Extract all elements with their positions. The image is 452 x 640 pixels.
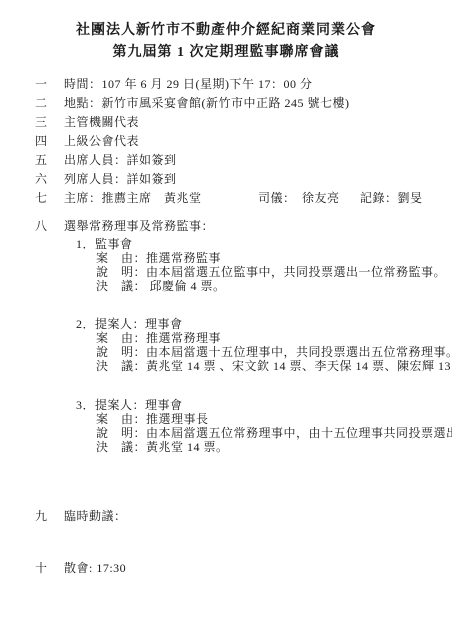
subject-text: 推選常務理事 xyxy=(146,331,221,345)
agenda-item-attendees: 五 出席人員：詳如簽到 xyxy=(0,152,452,168)
agenda-item-location: 二 地點：新竹市風采宴會館(新竹市中正路 245 號七樓) xyxy=(0,95,452,111)
case-title: 1．監事會 xyxy=(76,237,452,251)
item-number: 一 xyxy=(35,76,64,92)
chair-name: 主席：推薦主席 黃兆堂 xyxy=(64,190,258,206)
resolution-text: 邱慶倫 4 票。 xyxy=(146,279,226,293)
document-page: 社團法人新竹市不動產仲介經紀商業同業公會 第九屆第 1 次定期理監事聯席會議 一… xyxy=(0,0,452,640)
case-proposer: 提案人：理事會 xyxy=(95,398,183,412)
subject-text: 推選理事長 xyxy=(146,412,209,426)
resolution-text: 黃兆堂 14 票。 xyxy=(146,440,229,454)
item-number: 八 xyxy=(35,218,64,234)
case-subject-row: 案 由：推選理事長 xyxy=(96,412,452,426)
item-text: 選舉常務理事及常務監事： xyxy=(64,218,452,234)
item-text: 時間：107 年 6 月 29 日(星期)下午 17：00 分 xyxy=(64,76,452,92)
case-number: 1． xyxy=(76,237,95,251)
description-label: 說 明： xyxy=(96,345,146,359)
recorder-name: 記錄：劉旻 xyxy=(360,190,452,206)
subject-text: 推選常務監事 xyxy=(146,251,221,265)
case-title: 2．提案人：理事會 xyxy=(76,317,452,331)
item-number: 四 xyxy=(35,133,64,149)
description-label: 說 明： xyxy=(96,426,146,440)
doc-subtitle: 第九屆第 1 次定期理監事聯席會議 xyxy=(0,44,452,61)
resolution-text: 黃兆堂 14 票 、宋文欽 14 票、李天保 14 票、陳宏輝 13 票、徐永龍… xyxy=(146,359,452,373)
case-title: 3．提案人：理事會 xyxy=(76,398,452,412)
agenda-item-extempore-motions: 九 臨時動議： xyxy=(0,508,452,524)
agenda-item-election-heading: 八 選舉常務理事及常務監事： xyxy=(0,218,452,234)
item-number: 五 xyxy=(35,152,64,168)
item-number: 九 xyxy=(35,508,64,524)
item-text: 出席人員：詳如簽到 xyxy=(64,152,452,168)
item-number: 六 xyxy=(35,171,64,187)
case-subject-row: 案 由：推選常務理事 xyxy=(96,331,452,345)
agenda-item-observers: 六 列席人員：詳如簽到 xyxy=(0,171,452,187)
case-number: 3． xyxy=(76,398,95,412)
item-text: 主管機關代表 xyxy=(64,114,452,130)
resolution-label: 決 議： xyxy=(96,359,146,373)
case-resolution-row: 決 議：黃兆堂 14 票。 xyxy=(96,440,452,454)
case-proposer: 提案人：理事會 xyxy=(95,317,183,331)
item-number: 十 xyxy=(35,560,64,576)
agenda-item-time: 一 時間：107 年 6 月 29 日(星期)下午 17：00 分 xyxy=(0,76,452,92)
case-subject-row: 案 由：推選常務監事 xyxy=(96,251,452,265)
item-text: 散會: 17:30 xyxy=(64,560,452,576)
case-resolution-row: 決 議： 邱慶倫 4 票。 xyxy=(96,279,452,293)
item-text: 列席人員：詳如簽到 xyxy=(64,171,452,187)
mc-name: 司儀： 徐友亮 xyxy=(258,190,360,206)
election-case-1: 1．監事會 案 由：推選常務監事 說 明：由本屆當選五位監事中，共同投票選出一位… xyxy=(0,237,452,293)
case-description-row: 說 明：由本屆當選五位監事中，共同投票選出一位常務監事。 xyxy=(96,265,452,279)
item-number: 三 xyxy=(35,114,64,130)
election-case-3: 3．提案人：理事會 案 由：推選理事長 說 明：由本屆當選五位常務理事中，由十五… xyxy=(0,398,452,454)
election-case-2: 2．提案人：理事會 案 由：推選常務理事 說 明：由本屆當選十五位理事中，共同投… xyxy=(0,317,452,373)
agenda-list: 一 時間：107 年 6 月 29 日(星期)下午 17：00 分 二 地點：新… xyxy=(0,76,452,576)
item-number: 七 xyxy=(35,190,64,206)
description-label: 說 明： xyxy=(96,265,146,279)
description-text: 由本屆當選五位常務理事中，由十五位理事共同投票選出理事長。 xyxy=(146,426,452,440)
case-proposer: 監事會 xyxy=(95,237,133,251)
subject-label: 案 由： xyxy=(96,251,146,265)
subject-label: 案 由： xyxy=(96,412,146,426)
item-text: 上級公會代表 xyxy=(64,133,452,149)
subject-label: 案 由： xyxy=(96,331,146,345)
agenda-item-adjournment: 十 散會: 17:30 xyxy=(0,560,452,576)
case-description-row: 說 明：由本屆當選十五位理事中，共同投票選出五位常務理事。 xyxy=(96,345,452,359)
item-text: 臨時動議： xyxy=(64,508,452,524)
agenda-item-chair: 七 主席：推薦主席 黃兆堂 司儀： 徐友亮 記錄：劉旻 xyxy=(0,190,452,206)
agenda-item-authority-rep: 三 主管機關代表 xyxy=(0,114,452,130)
resolution-label: 決 議： xyxy=(96,440,146,454)
description-text: 由本屆當選五位監事中，共同投票選出一位常務監事。 xyxy=(146,265,446,279)
description-text: 由本屆當選十五位理事中，共同投票選出五位常務理事。 xyxy=(146,345,452,359)
case-resolution-row: 決 議：黃兆堂 14 票 、宋文欽 14 票、李天保 14 票、陳宏輝 13 票… xyxy=(96,359,452,373)
case-description-row: 說 明：由本屆當選五位常務理事中，由十五位理事共同投票選出理事長。 xyxy=(96,426,452,440)
doc-title: 社團法人新竹市不動產仲介經紀商業同業公會 xyxy=(0,22,452,39)
agenda-item-upper-assoc-rep: 四 上級公會代表 xyxy=(0,133,452,149)
document-header: 社團法人新竹市不動產仲介經紀商業同業公會 第九屆第 1 次定期理監事聯席會議 xyxy=(0,0,452,61)
item-number: 二 xyxy=(35,95,64,111)
item-text: 地點：新竹市風采宴會館(新竹市中正路 245 號七樓) xyxy=(64,95,452,111)
case-number: 2． xyxy=(76,317,95,331)
resolution-label: 決 議： xyxy=(96,279,146,293)
